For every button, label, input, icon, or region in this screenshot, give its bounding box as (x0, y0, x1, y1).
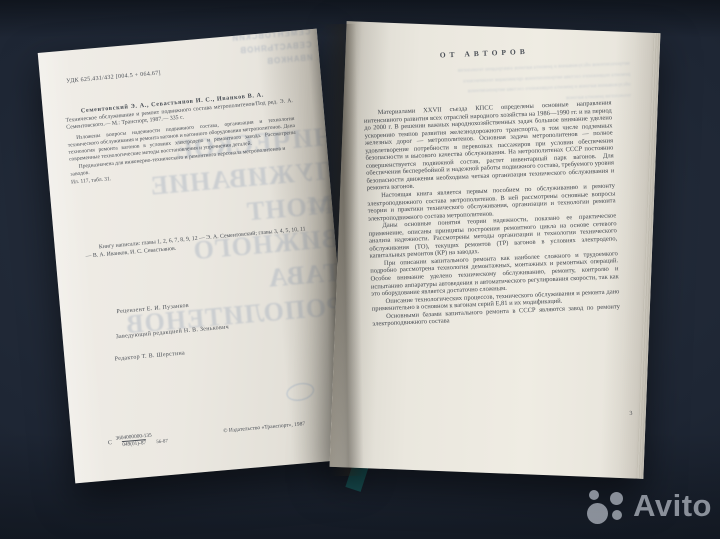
reviewer-line: Рецензент Е. И. Пузанков (116, 303, 189, 315)
publisher-stamp (285, 381, 316, 404)
bibliographic-annotation: Сементовский Э. А., Севастьянов И. С., И… (65, 89, 299, 186)
abstract-text: Изложены вопросы надежности подвижного с… (67, 116, 297, 165)
editor-line: Редактор Т. В. Шерстина (114, 350, 185, 362)
paragraph: Описание технологических процессов, техн… (371, 288, 619, 313)
print-code-fraction: 3604000000-135 049(01)-87 (115, 433, 152, 449)
print-code: С 3604000000-135 049(01)-87 56-87 (107, 431, 168, 449)
managing-editor-line: Заведующий редакцией Н. В. Зенькович (116, 324, 230, 340)
avito-logo-icon (586, 487, 626, 525)
paragraph: Материалами XXVII съезда КПСС определены… (364, 99, 615, 192)
avito-watermark: Avito (586, 487, 712, 525)
bibliography-line: Техническое обслуживание и ремонт подвиж… (65, 98, 293, 133)
contributors-line: Книгу написали: главы 1, 2, 6, 7, 8, 9, … (85, 226, 311, 261)
page-fore-edge (636, 33, 660, 479)
paragraph: Даны основные понятия теории надежности,… (368, 212, 617, 260)
book-right-page: ОТ АВТОРОВ метрополитенов обслуживания и… (330, 21, 661, 479)
paragraph: Основными базами капитального ремонта в … (372, 303, 620, 328)
purpose-text: Предназначена для инженерно-технического… (70, 144, 298, 178)
photo-background: Э. А. СЕМЕНТОВСКИЙ И. С. СЕВАСТЬЯНОВ В. … (0, 0, 720, 539)
book-left-page: Э. А. СЕМЕНТОВСКИЙ И. С. СЕВАСТЬЯНОВ В. … (38, 29, 355, 484)
print-code-prefix: С (108, 440, 113, 446)
showthrough-title-text: ТЕХНИЧЕСКОЕ ОБСЛУЖИВАНИЕ И РЕМОНТ ПОДВИЖ… (149, 115, 354, 339)
showthrough-small-text: Сементовского Э. А. М.: Транспорт, 1987 (240, 194, 351, 222)
avito-wordmark: Avito (633, 488, 712, 524)
print-code-denominator: 049(01)-87 (122, 439, 146, 448)
print-code-suffix: 56-87 (156, 439, 168, 445)
body-text: Материалами XXVII съезда КПСС определены… (364, 99, 621, 328)
right-page-text-area: ОТ АВТОРОВ метрополитенов обслуживания и… (359, 33, 632, 455)
udc-line: УДК 625.431/432 [004.5 + 064.67] (66, 70, 161, 84)
illustrations-line: Ил. 117, табл. 31. (71, 160, 299, 186)
chapter-header: ОТ АВТОРОВ (359, 43, 609, 62)
showthrough-paragraph: метрополитенов обслуживания и ремонта ва… (450, 59, 632, 109)
paragraph: Настоящая книга является первым пособием… (367, 182, 616, 223)
page-number: 3 (629, 411, 632, 417)
authors-line: Сементовский Э. А., Севастьянов И. С., И… (65, 89, 293, 116)
print-code-numerator: 3604000000-135 (115, 433, 152, 442)
showthrough-authors-text: Э. А. СЕМЕНТОВСКИЙ И. С. СЕВАСТЬЯНОВ В. … (167, 29, 340, 77)
paragraph: При описании капитального ремонта как на… (370, 250, 619, 298)
